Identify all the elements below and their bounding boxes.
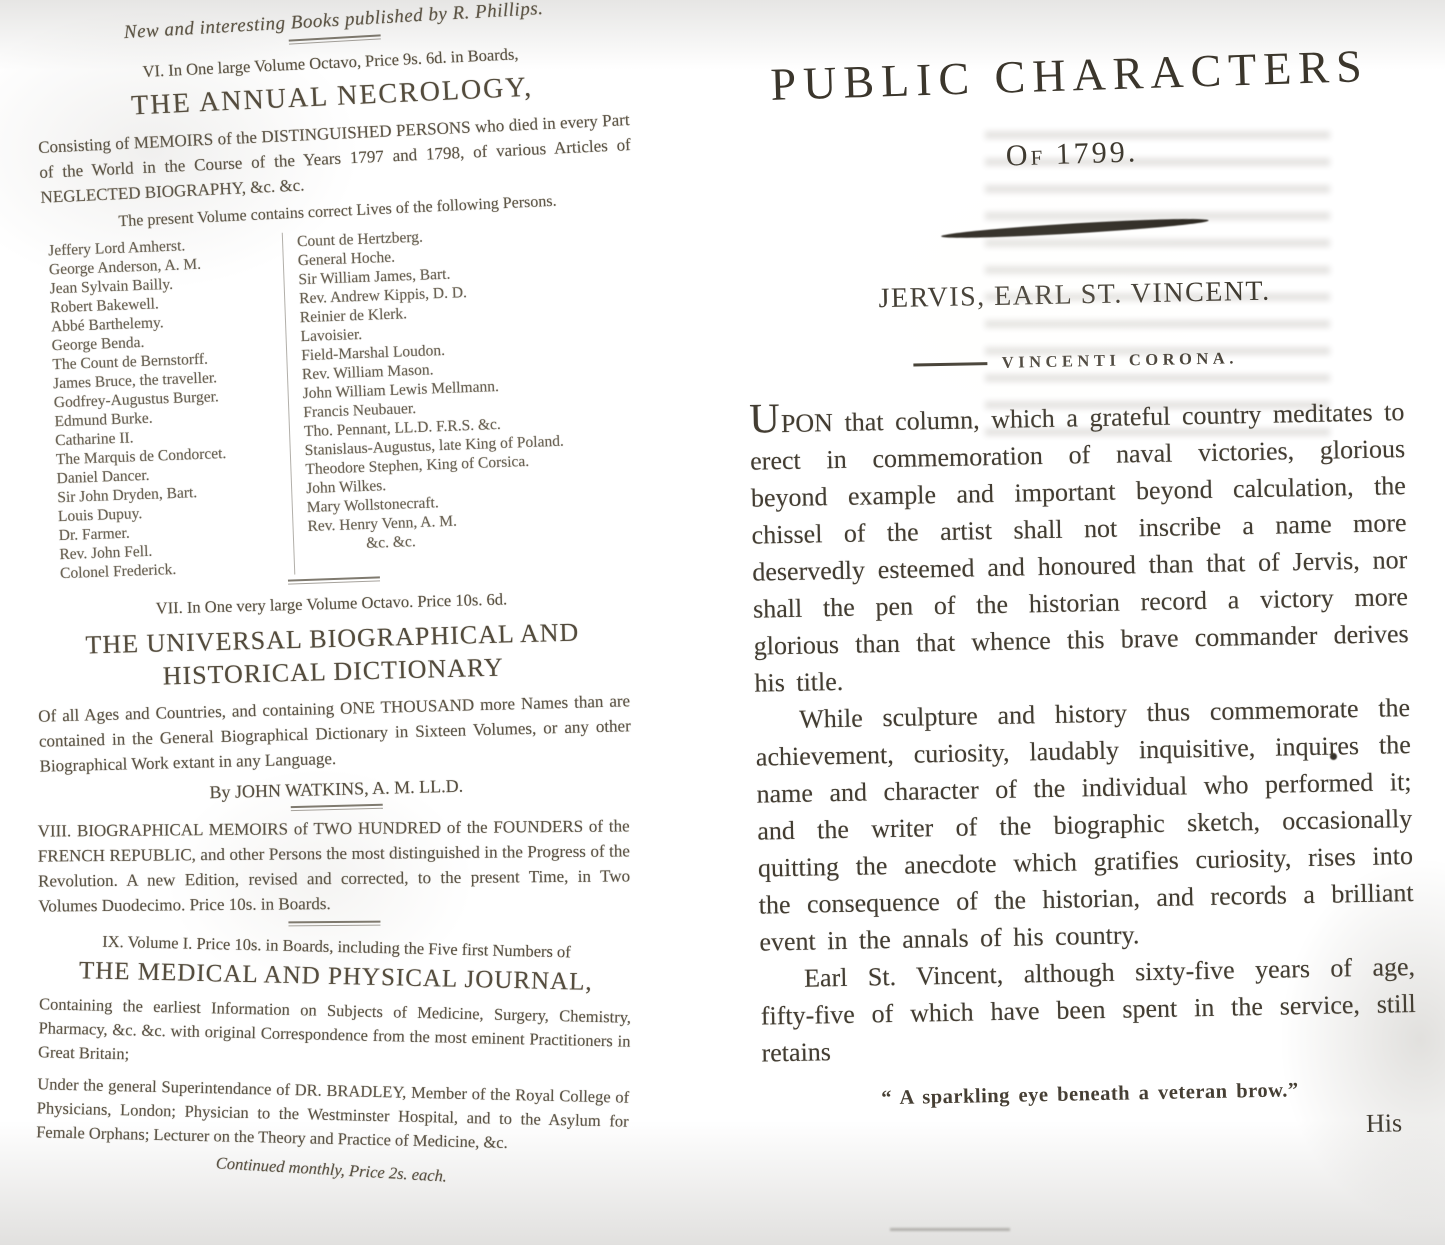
advert-section-ix: IX. Volume I. Price 10s. in Boards, incl… <box>35 929 632 1186</box>
chapter-motto: VINCENTI CORONA. <box>1002 348 1238 373</box>
left-page: New and interesting Books published by R… <box>0 0 660 1245</box>
body-paragraph-2: While sculpture and history thus commemo… <box>755 689 1415 961</box>
body-paragraph-1: UPON that column, which a grateful count… <box>749 391 1410 702</box>
necrology-names-list: Jeffery Lord Amherst.George Anderson, A.… <box>32 220 636 583</box>
catchword: His <box>763 1108 1418 1151</box>
body-paragraph-3: Earl St. Vincent, although sixty-five ye… <box>760 948 1417 1072</box>
advert-section-vii: VII. In One very large Volume Octavo. Pr… <box>35 585 632 817</box>
section-vii-description: Of all Ages and Countries, and containin… <box>38 688 632 778</box>
swelled-rule-ornament <box>940 215 1208 241</box>
section-vii-title: THE UNIVERSAL BIOGRAPHICAL AND HISTORICA… <box>36 614 630 695</box>
names-column-2: Count de Hertzberg.General Hoche.Sir Wil… <box>282 220 636 574</box>
section-rule <box>288 576 380 584</box>
book-spread-scan: { "colors": { "paper": "#d5cfc1", "ink":… <box>0 0 1445 1245</box>
section-rule <box>291 804 383 811</box>
section-ix-description-2: Under the general Superintendance of DR.… <box>36 1072 629 1157</box>
book-subtitle: Of 1799. <box>744 127 1400 182</box>
section-rule <box>288 921 380 927</box>
section-ix-description-1: Containing the earliest Information on S… <box>38 992 631 1077</box>
section-rule <box>289 34 381 44</box>
names-column-1: Jeffery Lord Amherst.George Anderson, A.… <box>32 233 294 584</box>
right-page: PUBLIC CHARACTERS Of 1799. JERVIS, EARL … <box>690 0 1445 1245</box>
book-title-block: PUBLIC CHARACTERS Of 1799. <box>741 38 1401 243</box>
verse-quote: “ A sparkling eye beneath a veteran brow… <box>762 1077 1417 1113</box>
motto-dash-rule <box>914 362 988 366</box>
section-vii-author: By JOHN WATKINS, A. M. LL.D. <box>40 771 632 807</box>
chapter-title: JERVIS, EARL ST. VINCENT. <box>747 273 1402 318</box>
advert-section-vi: VI. In One large Volume Octavo, Price 9s… <box>34 38 633 235</box>
book-title: PUBLIC CHARACTERS <box>741 38 1397 112</box>
advert-section-viii: VIII. BIOGRAPHICAL MEMOIRS of TWO HUNDRE… <box>38 813 631 928</box>
section-viii-text: VIII. BIOGRAPHICAL MEMOIRS of TWO HUNDRE… <box>38 813 631 918</box>
faint-bottom-mark <box>890 1228 1010 1231</box>
chapter-motto-row: VINCENTI CORONA. <box>748 345 1403 378</box>
